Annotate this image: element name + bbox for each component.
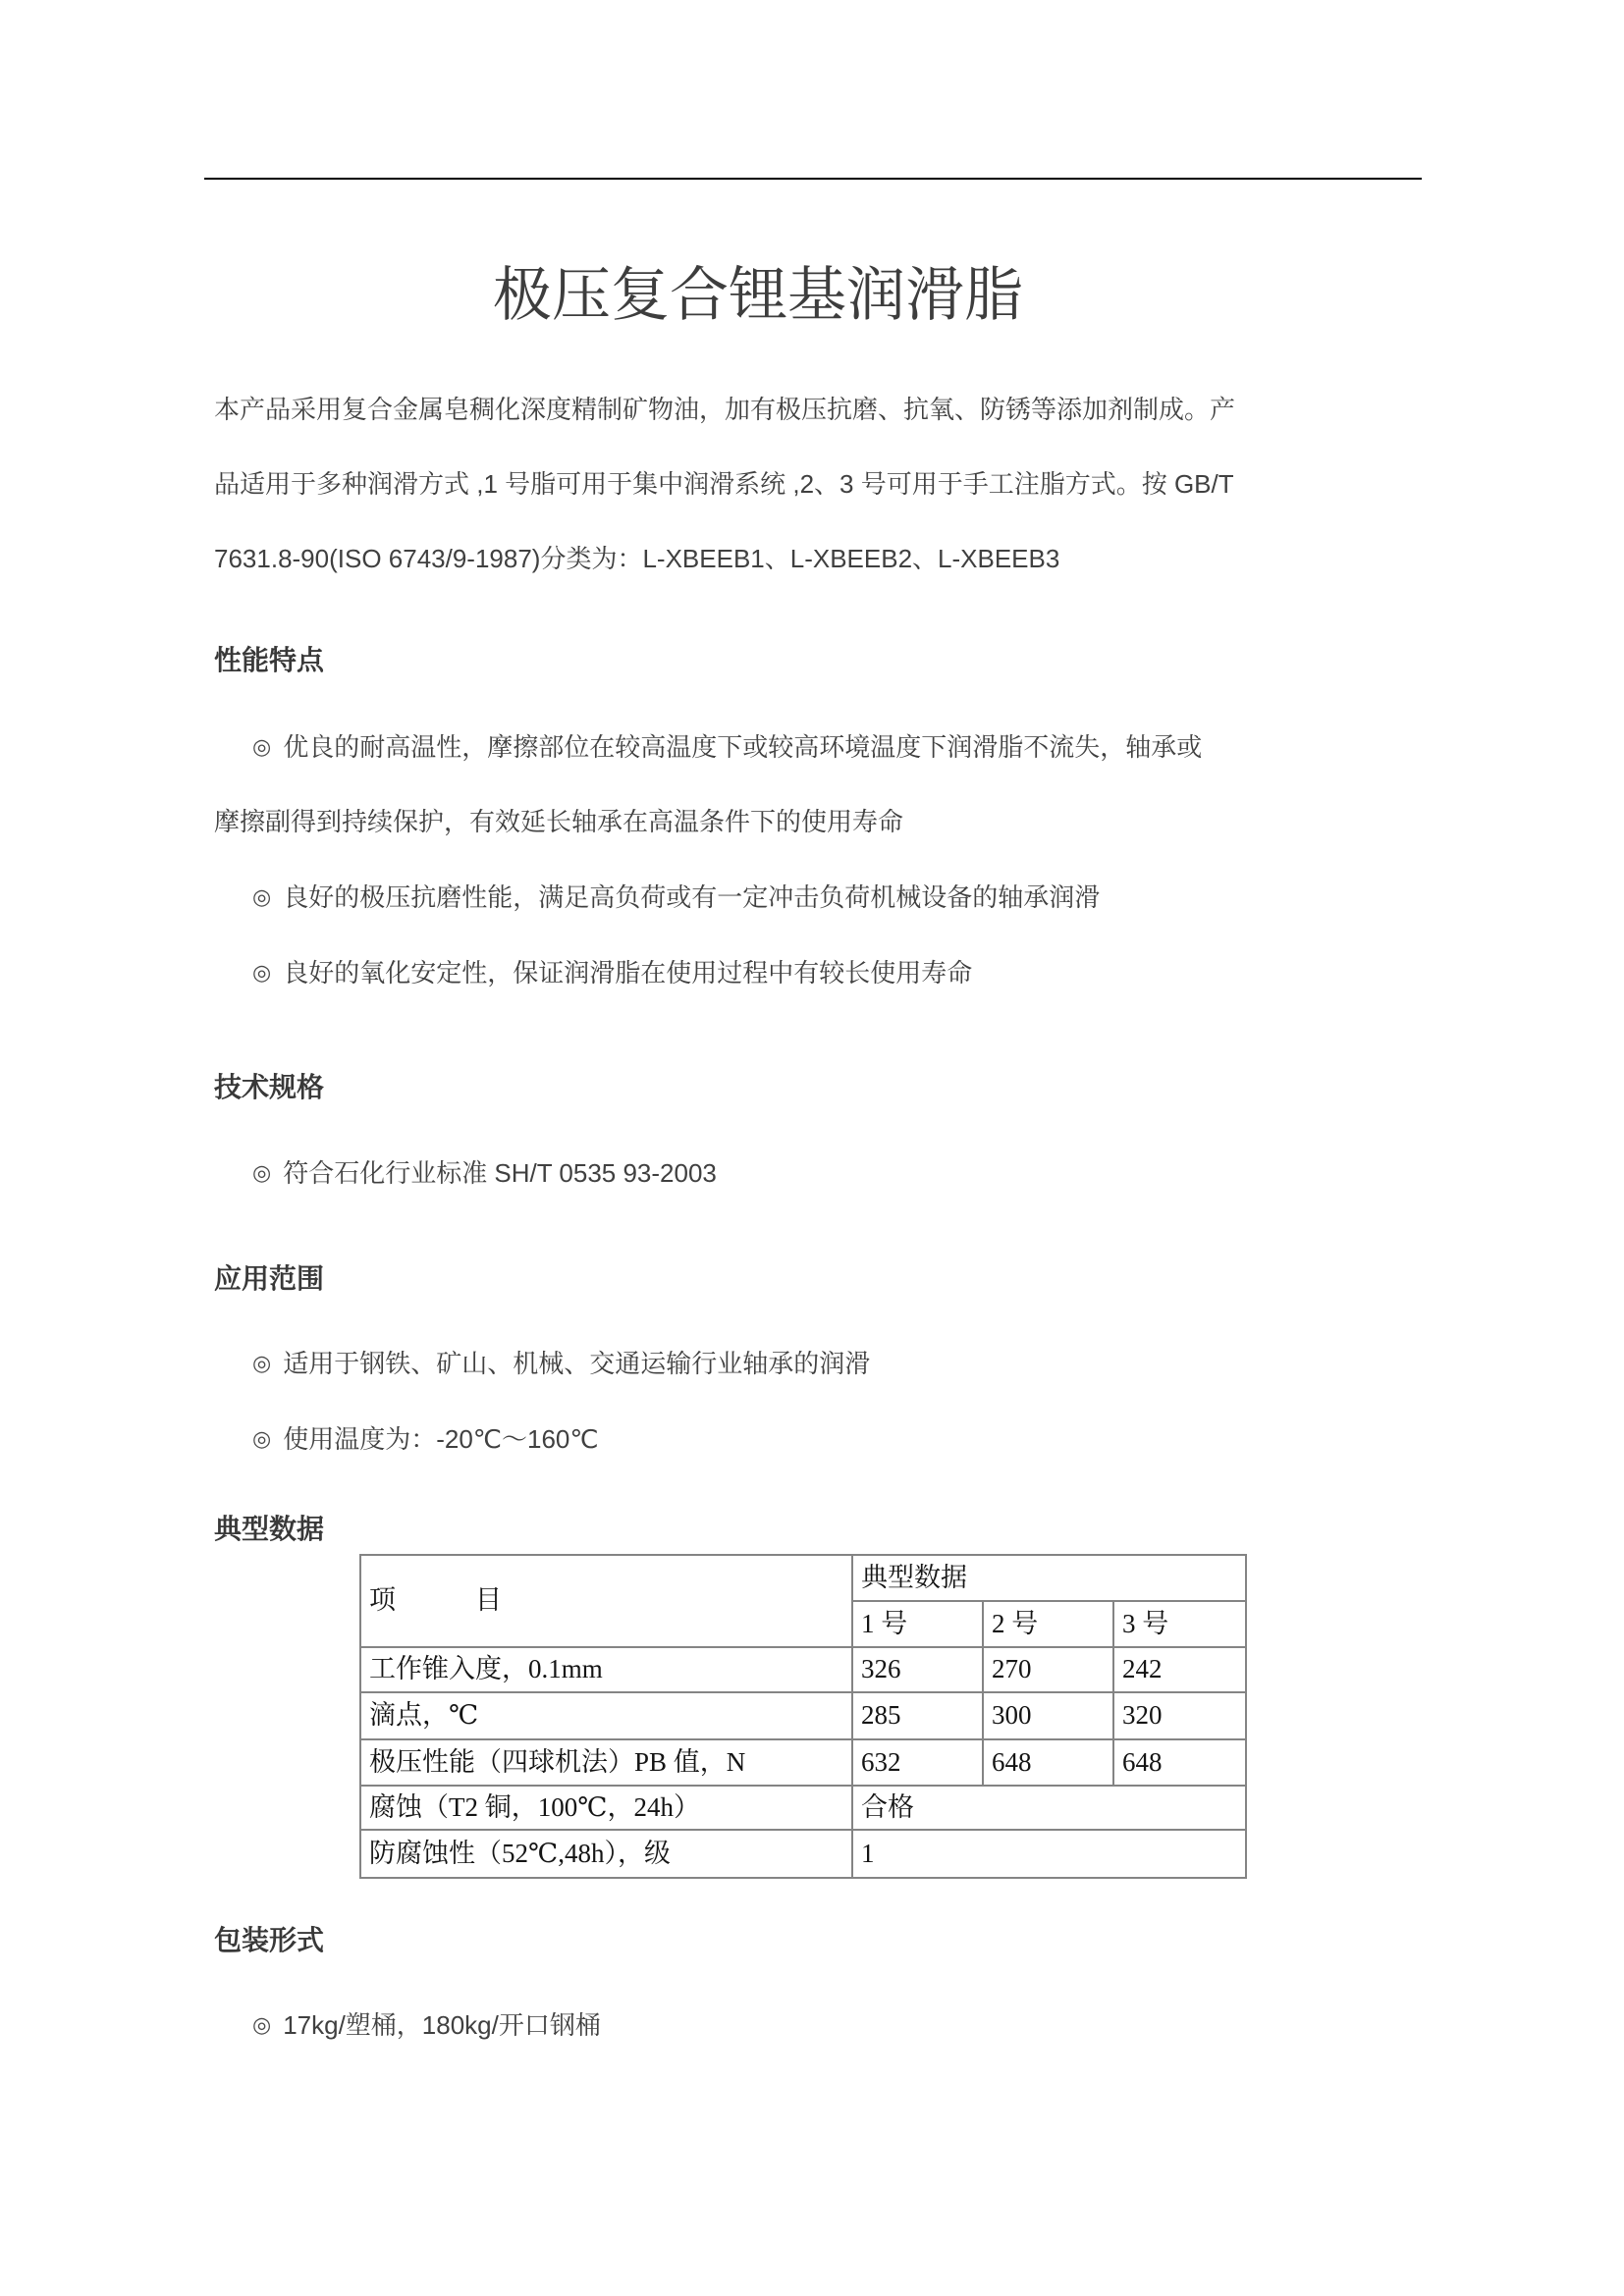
row-value: 300: [983, 1692, 1113, 1739]
row-value: 326: [852, 1647, 983, 1692]
section-heading-packaging: 包装形式: [214, 1924, 324, 1957]
packaging-item-1: ◎17kg/塑桶，180kg/开口钢桶: [252, 2009, 601, 2043]
bullet-icon: ◎: [252, 2011, 271, 2040]
table-header-grade-1: 1 号: [852, 1601, 983, 1647]
application-item-2: ◎使用温度为：-20℃～160℃: [252, 1423, 599, 1457]
row-value: 270: [983, 1647, 1113, 1692]
header-rule: [204, 178, 1422, 180]
feature-item-2-text: 良好的极压抗磨性能，满足高负荷或有一定冲击负荷机械设备的轴承润滑: [283, 882, 1100, 912]
intro-line-2: 品适用于多种润滑方式 ,1 号脂可用于集中润滑系统 ,2、3 号可用于手工注脂方…: [214, 468, 1234, 502]
intro-line-1: 本产品采用复合金属皂稠化深度精制矿物油，加有极压抗磨、抗氧、防锈等添加剂制成。产: [214, 394, 1235, 427]
row-value: 242: [1113, 1647, 1246, 1692]
row-label: 工作锥入度，0.1mm: [360, 1647, 852, 1692]
feature-item-2: ◎良好的极压抗磨性能，满足高负荷或有一定冲击负荷机械设备的轴承润滑: [252, 881, 1100, 915]
bullet-icon: ◎: [252, 1425, 271, 1454]
table-row: 防腐蚀性（52℃,48h），级 1: [360, 1830, 1246, 1878]
row-value: 632: [852, 1739, 983, 1786]
packaging-item-1-text: 17kg/塑桶，180kg/开口钢桶: [283, 2010, 601, 2040]
typical-data-table: 项 目 典型数据 1 号 2 号 3 号 工作锥入度，0.1mm 326 270…: [359, 1554, 1247, 1879]
feature-item-3-text: 良好的氧化安定性，保证润滑脂在使用过程中有较长使用寿命: [283, 958, 972, 988]
row-label: 极压性能（四球机法）PB 值，N: [360, 1739, 852, 1786]
bullet-icon: ◎: [252, 1159, 271, 1188]
bullet-icon: ◎: [252, 1350, 271, 1378]
application-item-1-text: 适用于钢铁、矿山、机械、交通运输行业轴承的润滑: [283, 1349, 870, 1378]
section-heading-application: 应用范围: [214, 1262, 324, 1296]
section-heading-typical-data: 典型数据: [214, 1513, 324, 1546]
feature-item-1-continuation: 摩擦副得到持续保护，有效延长轴承在高温条件下的使用寿命: [214, 806, 903, 839]
table-row: 工作锥入度，0.1mm 326 270 242: [360, 1647, 1246, 1692]
section-heading-features: 性能特点: [214, 644, 324, 677]
document-page: 极压复合锂基润滑脂 本产品采用复合金属皂稠化深度精制矿物油，加有极压抗磨、抗氧、…: [0, 0, 1624, 2296]
bullet-icon: ◎: [252, 733, 271, 762]
row-label: 腐蚀（T2 铜，100℃，24h）: [360, 1786, 852, 1830]
spec-item-1: ◎符合石化行业标准 SH/T 0535 93-2003: [252, 1157, 717, 1191]
row-value: 648: [1113, 1739, 1246, 1786]
intro-line-3: 7631.8-90(ISO 6743/9-1987)分类为：L-XBEEB1、L…: [214, 543, 1059, 576]
row-value: 285: [852, 1692, 983, 1739]
table-header-grade-2: 2 号: [983, 1601, 1113, 1647]
table-row: 腐蚀（T2 铜，100℃，24h） 合格: [360, 1786, 1246, 1830]
feature-item-1: ◎优良的耐高温性，摩擦部位在较高温度下或较高环境温度下润滑脂不流失，轴承或: [252, 731, 1202, 765]
row-value: 320: [1113, 1692, 1246, 1739]
table-row: 滴点，℃ 285 300 320: [360, 1692, 1246, 1739]
application-item-1: ◎适用于钢铁、矿山、机械、交通运输行业轴承的润滑: [252, 1348, 870, 1381]
page-title: 极压复合锂基润滑脂: [214, 263, 1302, 328]
spec-item-1-text: 符合石化行业标准 SH/T 0535 93-2003: [283, 1158, 717, 1188]
application-item-2-text: 使用温度为：-20℃～160℃: [283, 1424, 598, 1454]
table-row: 极压性能（四球机法）PB 值，N 632 648 648: [360, 1739, 1246, 1786]
table-header-item-col: 项 目: [360, 1555, 852, 1647]
table-header-group: 典型数据: [852, 1555, 1246, 1601]
section-heading-specs: 技术规格: [214, 1071, 324, 1104]
bullet-icon: ◎: [252, 959, 271, 988]
row-value: 648: [983, 1739, 1113, 1786]
table-header-grade-3: 3 号: [1113, 1601, 1246, 1647]
row-value-merged: 1: [852, 1830, 1246, 1878]
row-value-merged: 合格: [852, 1786, 1246, 1830]
bullet-icon: ◎: [252, 883, 271, 912]
feature-item-1-text: 优良的耐高温性，摩擦部位在较高温度下或较高环境温度下润滑脂不流失，轴承或: [283, 732, 1202, 762]
feature-item-3: ◎良好的氧化安定性，保证润滑脂在使用过程中有较长使用寿命: [252, 957, 972, 990]
table-header-row-1: 项 目 典型数据: [360, 1555, 1246, 1601]
row-label: 防腐蚀性（52℃,48h），级: [360, 1830, 852, 1878]
row-label: 滴点，℃: [360, 1692, 852, 1739]
